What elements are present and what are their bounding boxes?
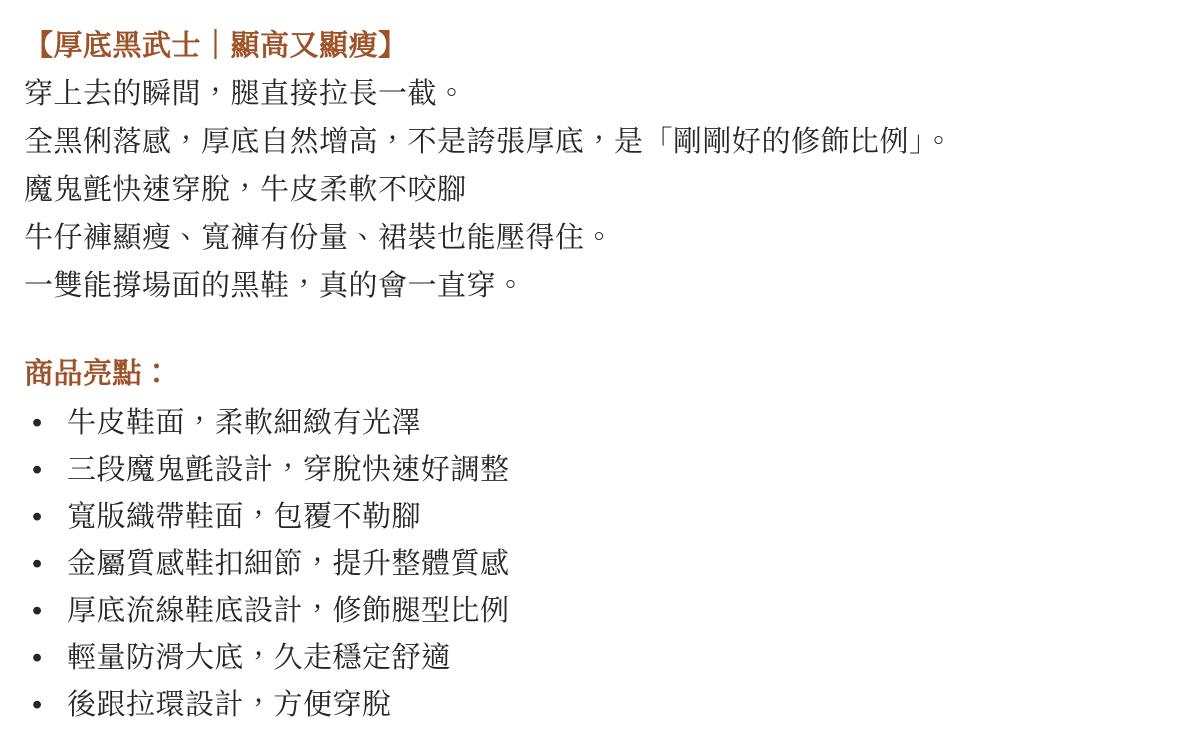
highlight-item: 三段魔鬼氈設計，穿脫快速好調整 xyxy=(24,447,1160,494)
intro-line: 一雙能撐場面的黑鞋，真的會一直穿。 xyxy=(24,262,1160,310)
highlights-list: 牛皮鞋面，柔軟細緻有光澤 三段魔鬼氈設計，穿脫快速好調整 寬版織帶鞋面，包覆不勒… xyxy=(24,400,1160,729)
intro-line: 牛仔褲顯瘦、寬褲有份量、裙裝也能壓得住。 xyxy=(24,214,1160,262)
highlight-item: 厚底流線鞋底設計，修飾腿型比例 xyxy=(24,588,1160,635)
intro-line: 穿上去的瞬間，腿直接拉長一截。 xyxy=(24,70,1160,118)
intro-line: 魔鬼氈快速穿脫，牛皮柔軟不咬腳 xyxy=(24,166,1160,214)
highlight-item: 輕量防滑大底，久走穩定舒適 xyxy=(24,635,1160,682)
product-description-page: 【厚底黑武士｜顯高又顯瘦】 穿上去的瞬間，腿直接拉長一截。 全黑俐落感，厚底自然… xyxy=(0,0,1200,749)
product-title-heading: 【厚底黑武士｜顯高又顯瘦】 xyxy=(24,22,1160,70)
highlight-item: 寬版織帶鞋面，包覆不勒腳 xyxy=(24,494,1160,541)
intro-line: 全黑俐落感，厚底自然增高，不是誇張厚底，是「剛剛好的修飾比例」。 xyxy=(24,118,1160,166)
highlight-item: 牛皮鞋面，柔軟細緻有光澤 xyxy=(24,400,1160,447)
highlight-item: 後跟拉環設計，方便穿脫 xyxy=(24,682,1160,729)
highlights-heading: 商品亮點： xyxy=(24,350,1160,398)
highlight-item: 金屬質感鞋扣細節，提升整體質感 xyxy=(24,541,1160,588)
